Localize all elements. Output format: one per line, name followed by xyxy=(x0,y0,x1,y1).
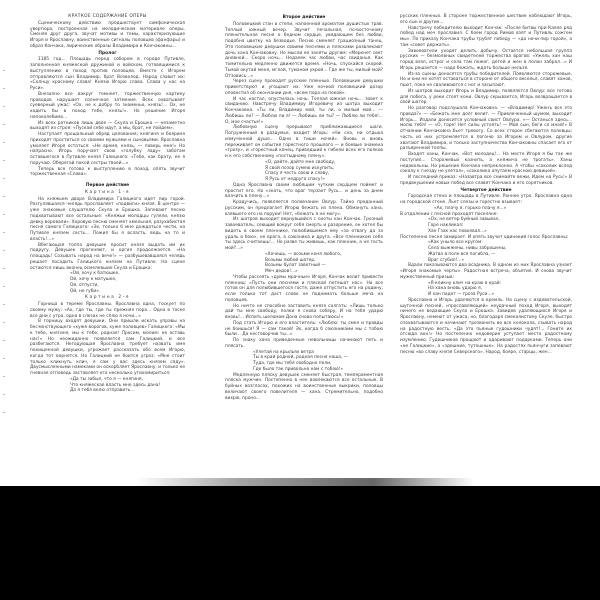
paragraph: Входят ханы, Кончак. «Вот молодец!... На… xyxy=(400,152,572,175)
paragraph: В горницу входят девушки. Они пришли иск… xyxy=(30,319,185,377)
paragraph: И час настал, опустилась ночь. Теплая юж… xyxy=(225,97,383,126)
page-title: КРАТКОЕ СОДЕРЖАНИЕ ОПЕРЫ xyxy=(30,14,185,20)
section-heading-act2: Второе действие xyxy=(225,15,383,21)
paragraph: русских пленных. В стороне торжественное… xyxy=(400,14,572,26)
paragraph: 1185 год... Площадь перед собором в горо… xyxy=(30,57,185,92)
paragraph: Через сцену проходят русские пленные. По… xyxy=(225,79,383,96)
paragraph: Постепенно песня замирает. И опять звучи… xyxy=(400,235,572,241)
paragraph: Половецкий стан в степи, напоенной арома… xyxy=(225,22,383,80)
scene-heading-2: Картина 2-я xyxy=(30,295,185,301)
paragraph: Под стать Игорю и его властитель: «Люблю… xyxy=(225,321,383,338)
verse-block: «Да ты забыл, что я — княгиня, Что княже… xyxy=(30,377,185,394)
column-2: Второе действие Половецкий стан в степи,… xyxy=(225,14,383,401)
paragraph: Завоеватели уходят делить добычу. Остает… xyxy=(400,49,572,72)
section-heading-act4: Четвертое действие xyxy=(400,188,572,194)
paragraph: Наступает прощальный обряд целования; кн… xyxy=(30,132,185,167)
paragraph: Вбегающая толпа девушек просит князя выд… xyxy=(30,243,185,272)
paragraph: По знаку хана приведенные невольницы нач… xyxy=(225,338,383,350)
paragraph: Городская стена и площадь в Путивле. Ран… xyxy=(400,194,572,206)
verse-block: «Ох, не ветер буйный завывал, Горе накли… xyxy=(400,217,572,234)
paragraph: Навстречу победителю выходит Кончак: «По… xyxy=(400,26,572,49)
column-3: русских пленных. В стороне торжественное… xyxy=(400,14,572,355)
paragraph: И последний приказ: «Назавтра все снимай… xyxy=(400,175,572,187)
paragraph: Горница в тереме Ярославны. Ярославна од… xyxy=(30,302,185,319)
paragraph: Любовную сцену прерывают приближающиеся … xyxy=(225,125,383,160)
verse-line: Ой, не губи». xyxy=(70,289,185,295)
scan-edge-artifact xyxy=(3,70,5,430)
paragraph: Из шатров выходит вернувшийся с охоты ха… xyxy=(225,217,383,252)
paragraph: Медленную пляску девушек сменяет быстрая… xyxy=(225,373,383,402)
paragraph: На княжьем дворе Владимира Галицкого иде… xyxy=(30,197,185,243)
paragraph: Чтобы рассеять «думы мрачные» Игоря, Кон… xyxy=(225,275,383,304)
paragraph: Внезапно все вокруг темнеет, торжественн… xyxy=(30,92,185,121)
verse-block: «Хочешь, — возьми коня любого, Возьмы лю… xyxy=(225,252,383,275)
paragraph: Из всех ратников лишь двое — Скула и Еро… xyxy=(30,121,185,133)
paragraph: Крадучись, появляется половчанин Овлур. … xyxy=(225,200,383,217)
paragraph: Из шатров выходит Игорь и Владимир, появ… xyxy=(400,89,572,106)
scan-black-region xyxy=(0,486,600,600)
verse-block: «Как уныло все кругом: Села выжжены, нив… xyxy=(400,240,572,263)
paragraph: Теперь все готово к выступлению в поход,… xyxy=(30,167,185,179)
verse-block: «Я кликну клич на краю в край: На хана в… xyxy=(400,281,572,298)
paragraph: Сценическому действию предшествует симфо… xyxy=(30,21,185,50)
scanned-page: КРАТКОЕ СОДЕРЖАНИЕ ОПЕРЫ Сценическому де… xyxy=(0,0,600,600)
section-heading-act1: Первое действие xyxy=(30,183,185,189)
paragraph: Но ничто не способно заставить князя сол… xyxy=(225,304,383,321)
verse-block: «Ой, хочу к батюшке, Ой, хочу к матушке,… xyxy=(30,271,185,294)
paragraph: Вдали показываются два всадника. В одном… xyxy=(400,263,572,280)
verse-line: Да я тебя велю отправить... xyxy=(70,388,185,394)
section-heading-prologue: Пролог xyxy=(30,51,185,57)
column-1: КРАТКОЕ СОДЕРЖАНИЕ ОПЕРЫ Сценическому де… xyxy=(30,14,185,394)
paragraph: Из-за сцены доносятся трубы победителей.… xyxy=(400,72,572,89)
verse-block: «О, дайте, дайте мне свободу, Я свой поз… xyxy=(225,160,383,183)
paragraph: Одна Ярославна своим любящим чутким серд… xyxy=(225,183,383,200)
paragraph: Ярославна и Игорь удаляются в кремль. На… xyxy=(400,298,572,356)
paragraph: Но разговор подслушала Кончаковна. — «Вл… xyxy=(400,106,572,152)
scene-heading-1: Картина 1-я xyxy=(30,190,185,196)
verse-block: «Улетай на крыльях ветра Ты в край родно… xyxy=(225,350,383,373)
